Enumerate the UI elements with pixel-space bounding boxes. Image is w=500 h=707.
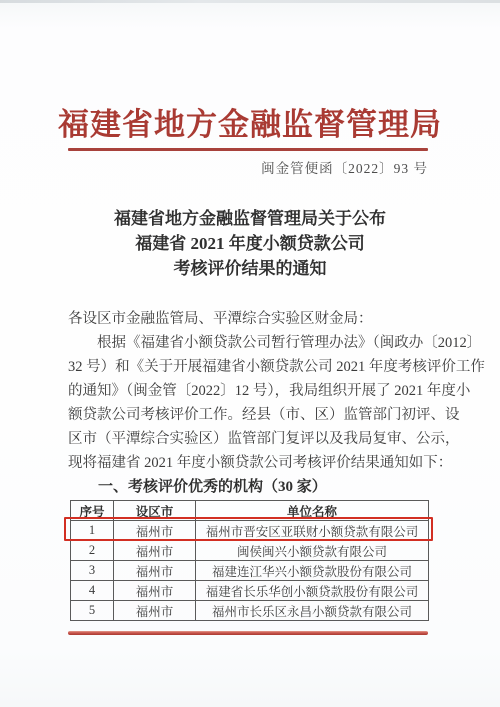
- table-row: 2 福州市 闽侯闽兴小额贷款有限公司: [71, 541, 429, 561]
- body-line: 现将福建省 2021 年度小额贷款公司考核评价结果通知如下：: [68, 451, 432, 475]
- col-header-no: 序号: [71, 501, 114, 521]
- body-line: 区市（平潭综合实验区）监管部门复评以及我局复审、公示，: [68, 427, 432, 451]
- table-row: 3 福州市 福建连江华兴小额贷款股份有限公司: [71, 561, 429, 581]
- cell-company: 福州市长乐区永昌小额贷款有限公司: [196, 601, 429, 621]
- salutation: 各设区市金融监管局、平潭综合实验区财金局：: [68, 307, 432, 331]
- col-header-company: 单位名称: [196, 501, 429, 521]
- cell-no: 1: [71, 521, 114, 541]
- cell-no: 3: [71, 561, 114, 581]
- cell-city: 福州市: [114, 561, 196, 581]
- cell-company: 闽侯闽兴小额贷款有限公司: [196, 541, 429, 561]
- cell-city: 福州市: [114, 521, 196, 541]
- cell-city: 福州市: [114, 601, 196, 621]
- cell-company: 福建连江华兴小额贷款股份有限公司: [196, 561, 429, 581]
- letterhead-red-rule: [68, 148, 428, 151]
- body-line: 32 号）和《关于开展福建省小额贷款公司 2021 年度考核评价工作: [68, 355, 432, 379]
- letterhead-agency-name: 福建省地方金融监督管理局: [0, 99, 500, 144]
- table-header-row: 序号 设区市 单位名称: [71, 501, 429, 521]
- col-header-city: 设区市: [114, 501, 196, 521]
- bottom-red-rule: [68, 631, 428, 635]
- section-heading: 一、考核评价优秀的机构（30 家）: [68, 475, 432, 499]
- body-line: 根据《福建省小额贷款公司暂行管理办法》（闽政办〔2012〕: [68, 331, 432, 355]
- cell-no: 5: [71, 601, 114, 621]
- table-row: 1 福州市 福州市晋安区亚联财小额贷款有限公司: [71, 521, 429, 541]
- results-table: 序号 设区市 单位名称 1 福州市 福州市晋安区亚联财小额贷款有限公司 2 福州…: [70, 500, 429, 621]
- document-number: 闽金管便函〔2022〕93 号: [68, 157, 428, 177]
- notice-title-line: 福建省地方金融监督管理局关于公布: [0, 206, 500, 231]
- cell-no: 4: [71, 581, 114, 601]
- cell-city: 福州市: [114, 541, 196, 561]
- notice-body: 各设区市金融监管局、平潭综合实验区财金局： 根据《福建省小额贷款公司暂行管理办法…: [68, 307, 432, 499]
- notice-title: 福建省地方金融监督管理局关于公布 福建省 2021 年度小额贷款公司 考核评价结…: [0, 206, 500, 281]
- cell-city: 福州市: [114, 581, 196, 601]
- scan-top-edge: [0, 0, 500, 3]
- cell-company: 福州市晋安区亚联财小额贷款有限公司: [196, 521, 429, 541]
- notice-title-line: 福建省 2021 年度小额贷款公司: [0, 231, 500, 256]
- body-line: 额贷款公司考核评价工作。经县（市、区）监管部门初评、设: [68, 403, 432, 427]
- table-row: 4 福州市 福建省长乐华创小额贷款股份有限公司: [71, 581, 429, 601]
- body-line: 的通知》（闽金管〔2022〕12 号），我局组织开展了 2021 年度小: [68, 379, 432, 403]
- notice-title-line: 考核评价结果的通知: [0, 256, 500, 281]
- document-page: 福建省地方金融监督管理局 闽金管便函〔2022〕93 号 福建省地方金融监督管理…: [0, 0, 500, 707]
- table-row: 5 福州市 福州市长乐区永昌小额贷款有限公司: [71, 601, 429, 621]
- cell-no: 2: [71, 541, 114, 561]
- cell-company: 福建省长乐华创小额贷款股份有限公司: [196, 581, 429, 601]
